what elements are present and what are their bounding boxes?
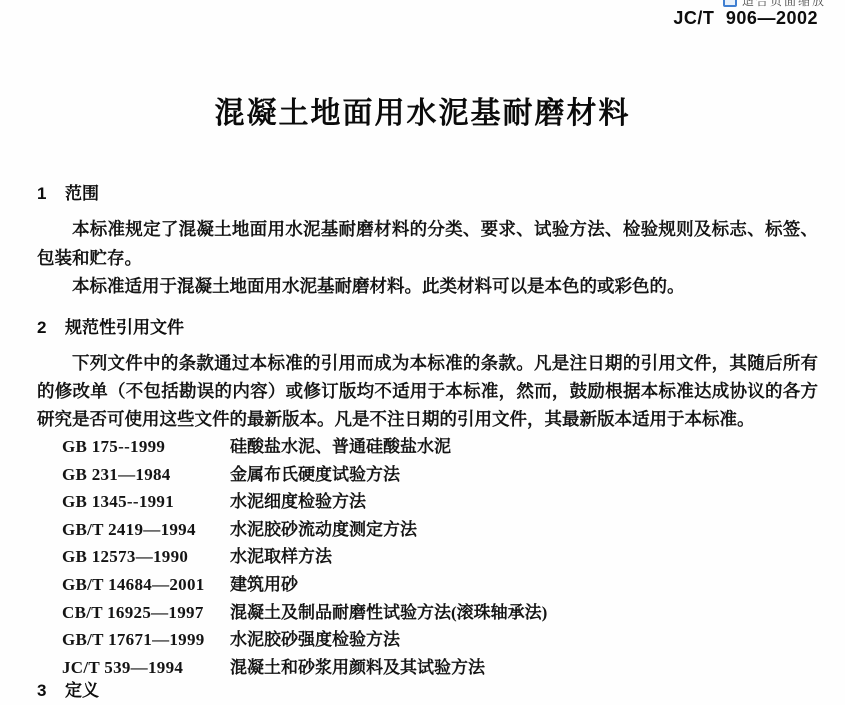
section-heading-scope: 1范围 — [37, 179, 99, 204]
reference-title: 混凝土和砂浆用颜料及其试验方法 — [230, 654, 802, 682]
scope-paragraph-2: 本标准适用于混凝土地面用水泥基耐磨材料。此类材料可以是本色的或彩色的。 — [37, 272, 818, 301]
scope-paragraph-1: 本标准规定了混凝土地面用水泥基耐磨材料的分类、要求、试验方法、检验规则及标志、标… — [37, 215, 818, 273]
reference-row: GB 231—1984 金属布氏硬度试验方法 — [62, 461, 802, 489]
reference-title: 混凝土及制品耐磨性试验方法(滚珠轴承法) — [230, 599, 802, 627]
reference-row: GB 12573—1990 水泥取样方法 — [62, 543, 802, 571]
section-title: 范围 — [65, 184, 99, 203]
reference-row: GB/T 14684—2001 建筑用砂 — [62, 571, 802, 599]
reference-row: CB/T 16925—1997 混凝土及制品耐磨性试验方法(滚珠轴承法) — [62, 599, 802, 627]
reference-title: 建筑用砂 — [230, 571, 802, 599]
reference-title: 水泥胶砂强度检验方法 — [230, 626, 802, 654]
document-title: 混凝土地面用水泥基耐磨材料 — [0, 88, 845, 132]
reference-row: GB/T 17671—1999 水泥胶砂强度检验方法 — [62, 626, 802, 654]
reference-title: 水泥取样方法 — [230, 543, 802, 571]
reference-title: 金属布氏硬度试验方法 — [230, 461, 802, 489]
reference-title: 水泥细度检验方法 — [230, 488, 802, 516]
section-heading-normative-references: 2规范性引用文件 — [37, 313, 184, 338]
reference-code: GB/T 14684—2001 — [62, 571, 230, 599]
document-page: 适合页面缩放 JC/T 906—2002 混凝土地面用水泥基耐磨材料 1范围 本… — [0, 0, 845, 705]
reference-code: CB/T 16925—1997 — [62, 599, 230, 627]
section-title: 规范性引用文件 — [65, 318, 184, 337]
standard-number: JC/T 906—2002 — [673, 8, 818, 29]
reference-title: 硅酸盐水泥、普通硅酸盐水泥 — [230, 433, 802, 461]
section-number: 3 — [37, 681, 65, 701]
section-title: 定义 — [65, 681, 99, 700]
reference-row: JC/T 539—1994 混凝土和砂浆用颜料及其试验方法 — [62, 654, 802, 682]
reference-title: 水泥胶砂流动度测定方法 — [230, 516, 802, 544]
section-number: 1 — [37, 184, 65, 204]
reference-code: GB 12573—1990 — [62, 543, 230, 571]
page-zoom-icon[interactable] — [723, 0, 737, 7]
reference-code: GB/T 17671—1999 — [62, 626, 230, 654]
reference-code: GB 231—1984 — [62, 461, 230, 489]
reference-code: GB/T 2419—1994 — [62, 516, 230, 544]
reference-row: GB 1345--1991 水泥细度检验方法 — [62, 488, 802, 516]
reference-code: GB 1345--1991 — [62, 488, 230, 516]
reference-code: GB 175--1999 — [62, 433, 230, 461]
reference-row: GB 175--1999 硅酸盐水泥、普通硅酸盐水泥 — [62, 433, 802, 461]
normative-references-paragraph: 下列文件中的条款通过本标准的引用而成为本标准的条款。凡是注日期的引用文件，其随后… — [37, 349, 818, 433]
section-heading-definitions: 3定义 — [37, 676, 99, 701]
reference-list: GB 175--1999 硅酸盐水泥、普通硅酸盐水泥 GB 231—1984 金… — [62, 433, 802, 681]
reference-row: GB/T 2419—1994 水泥胶砂流动度测定方法 — [62, 516, 802, 544]
section-number: 2 — [37, 318, 65, 338]
